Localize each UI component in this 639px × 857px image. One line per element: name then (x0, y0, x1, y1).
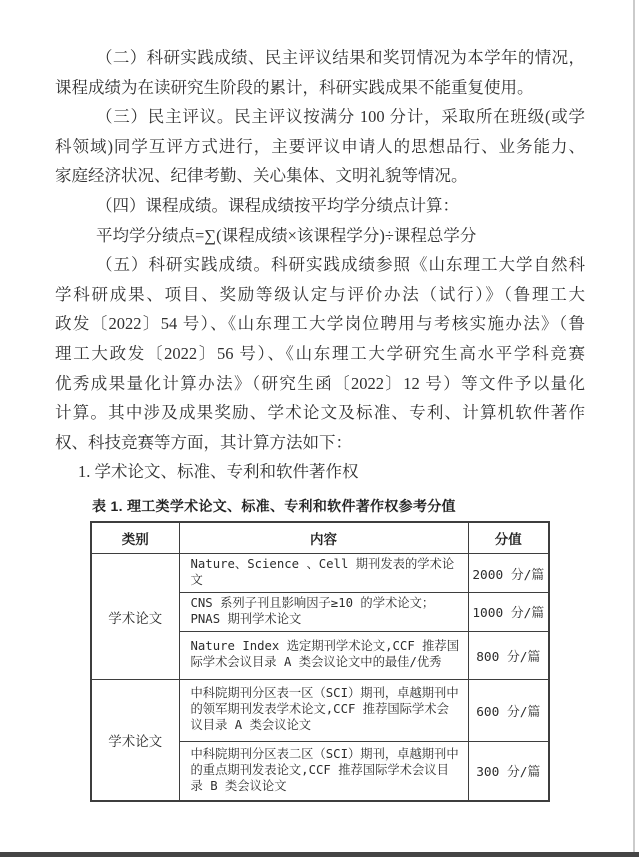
body-line: （四）课程成绩。课程成绩按平均学分绩点计算： (55, 191, 585, 221)
document-page: （二）科研实践成绩、民主评议结果和奖罚情况为本学年的情况， 课程成绩为在读研究生… (55, 43, 585, 802)
body-line: 课程成绩为在读研究生阶段的累计，科研实践成果不能重复使用。 (55, 73, 585, 103)
col-header-category: 类别 (91, 522, 179, 554)
body-line: 政发〔2022〕54 号）、《山东理工大学岗位聘用与考核实施办法》（鲁 (55, 309, 585, 339)
score-cell: 1000 分/篇 (468, 593, 549, 632)
body-line: （二）科研实践成绩、民主评议结果和奖罚情况为本学年的情况， (55, 43, 585, 73)
bottom-bar (0, 852, 639, 857)
body-line: 计算。其中涉及成果奖励、学术论文及标准、专利、计算机软件著作 (55, 398, 585, 428)
category-cell: 学术论文 (91, 679, 179, 801)
table-row: 学术论文 中科院期刊分区表一区（SCI）期刊，卓越期刊中的领军期刊发表学术论文,… (91, 679, 549, 741)
table-header-row: 类别 内容 分值 (91, 522, 549, 554)
table-title: 表 1. 理工类学术论文、标准、专利和软件著作权参考分值 (92, 496, 585, 516)
content-cell: Nature Index 选定期刊学术论文,CCF 推荐国际学术会议目录 A 类… (179, 631, 468, 679)
content-cell: 中科院期刊分区表二区（SCI）期刊，卓越期刊中的重点期刊发表论文,CCF 推荐国… (179, 741, 468, 801)
content-cell: 中科院期刊分区表一区（SCI）期刊，卓越期刊中的领军期刊发表学术论文,CCF 推… (179, 679, 468, 741)
formula-line: 平均学分绩点=∑(课程成绩×该课程学分)÷课程总学分 (55, 221, 585, 251)
content-cell: CNS 系列子刊且影响因子≥10 的学术论文；PNAS 期刊学术论文 (179, 593, 468, 632)
score-cell: 2000 分/篇 (468, 554, 549, 593)
page-right-edge-line (633, 0, 635, 852)
body-line: 权、科技竞赛等方面，其计算方法如下： (55, 428, 585, 458)
score-cell: 300 分/篇 (468, 741, 549, 801)
body-line: （三）民主评议。民主评议按满分 100 分计，采取所在班级(或学 (55, 102, 585, 132)
body-line: 学科研成果、项目、奖励等级认定与评价办法（试行）》（鲁理工大 (55, 280, 585, 310)
category-cell: 学术论文 (91, 554, 179, 679)
score-table: 类别 内容 分值 学术论文 Nature、Science 、Cell 期刊发表的… (90, 521, 550, 802)
content-cell: Nature、Science 、Cell 期刊发表的学术论文 (179, 554, 468, 593)
score-cell: 800 分/篇 (468, 631, 549, 679)
score-cell: 600 分/篇 (468, 679, 549, 741)
body-line: （五）科研实践成绩。科研实践成绩参照《山东理工大学自然科 (55, 250, 585, 280)
body-line: 优秀成果量化计算办法》（研究生函〔2022〕12 号）等文件予以量化 (55, 369, 585, 399)
body-line: 家庭经济状况、纪律考勤、关心集体、文明礼貌等情况。 (55, 161, 585, 191)
section-item-line: 1. 学术论文、标准、专利和软件著作权 (55, 457, 585, 487)
body-line: 理工大政发〔2022〕56 号）、《山东理工大学研究生高水平学科竞赛 (55, 339, 585, 369)
col-header-score: 分值 (468, 522, 549, 554)
table-row: 学术论文 Nature、Science 、Cell 期刊发表的学术论文 2000… (91, 554, 549, 593)
col-header-content: 内容 (179, 522, 468, 554)
body-line: 科领域)同学互评方式进行，主要评议申请人的思想品行、业务能力、 (55, 132, 585, 162)
